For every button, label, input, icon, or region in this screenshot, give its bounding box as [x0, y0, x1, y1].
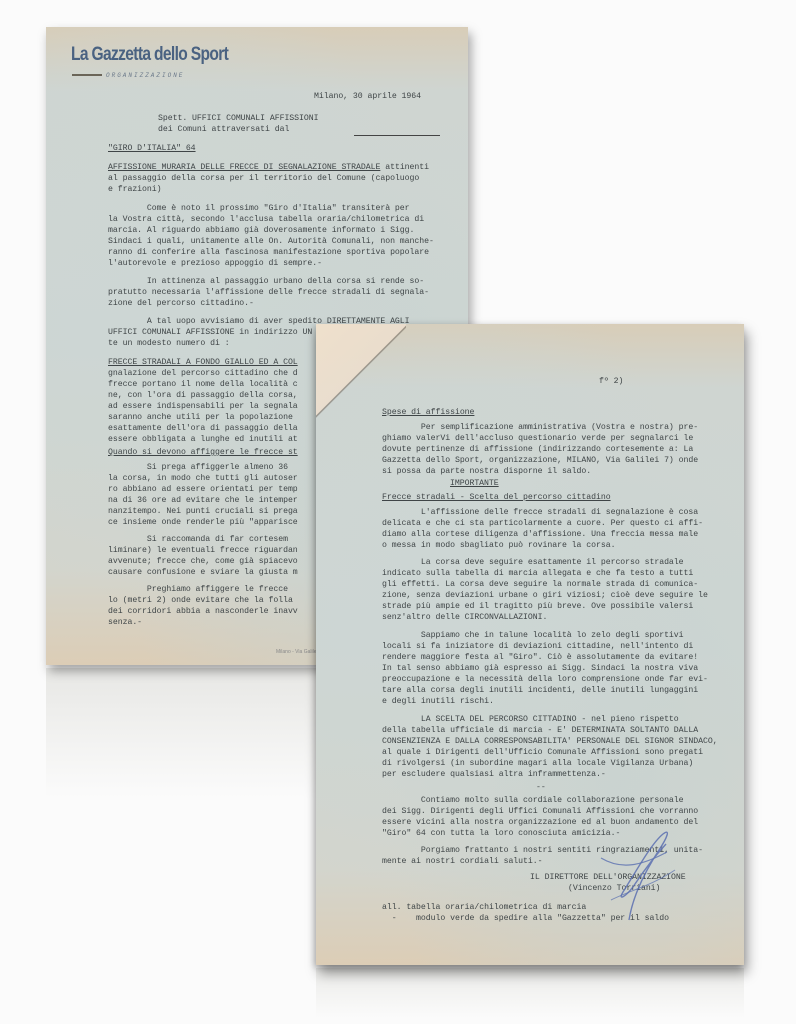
section2-p4-line: per escludere qualsiasi altra inframmett…: [382, 769, 606, 780]
page1-reflection: [46, 668, 316, 798]
para4-line: FRECCE STRADALI A FONDO GIALLO ED A COL: [108, 357, 298, 368]
section2-p4-line: di rivolgersi (in subordine magari alla …: [382, 758, 693, 769]
section-title-frecce: Frecce stradali - Scelta del percorso ci…: [382, 492, 611, 503]
section2-p4-line: LA SCELTA DEL PERCORSO CITTADINO - nel p…: [382, 714, 679, 725]
section2-p3-line: tare alla corsa degli inutili incidenti,…: [382, 685, 698, 696]
closing-line: Porgiamo frattanto i nostri sentiti ring…: [382, 845, 703, 856]
letter-page-2: fº 2) Spese di affissione Per semplifica…: [316, 324, 744, 965]
section2-p1-line: delicata e che ci sta particolarmente a …: [382, 518, 703, 529]
section2-p2-line: senz'altro delle CIRCONVALLAZIONI.: [382, 612, 547, 623]
section2-p2-line: indicato sulla tabella di marcia allegat…: [382, 568, 693, 579]
important-label: IMPORTANTE: [450, 478, 499, 489]
section2-p4-line: al quale i Dirigenti dell'Ufficio Comuna…: [382, 747, 703, 758]
section2-p1-line: diamo alla cortese diligenza d'affission…: [382, 529, 698, 540]
attachment-line: all. tabella oraria/chilometrica di marc…: [382, 902, 586, 913]
para3-line: te un modesto numero di :: [108, 338, 230, 349]
signatory-name: (Vincenzo Torriani): [568, 883, 660, 894]
para1-line: la Vostra città, secondo l'acclusa tabel…: [108, 214, 424, 225]
section2-p3-line: preoccupazione e la necessità della loro…: [382, 674, 708, 685]
para1-line: Sindaci i quali, unitamente alle On. Aut…: [108, 236, 434, 247]
para6-line: Si raccomanda di far cortesem: [108, 534, 288, 545]
section2-p3-line: In tal senso abbiamo già espresso ai Sig…: [382, 663, 698, 674]
folded-corner: [316, 324, 406, 419]
para7-line: senza.-: [108, 617, 142, 628]
signatory-title: IL DIRETTORE DELL'ORGANIZZAZIONE: [530, 872, 686, 883]
para4-line: saranno anche utili per la popolazione: [108, 412, 293, 423]
para5-line: ro abbiano ad essere orientati per temp: [108, 484, 298, 495]
para7-line: lo (metri 2) onde evitare che la folla: [108, 595, 293, 606]
section2-p2-line: La corsa deve seguire esattamente il per…: [382, 557, 684, 568]
para4-line: gnalazione del percorso cittadino che d: [108, 368, 298, 379]
para4-line: essere obbligata a lunghe ed inutili at: [108, 434, 298, 445]
subject-line: "GIRO D'ITALIA" 64: [108, 143, 196, 154]
section2-p2-line: zione, senza deviazioni urbane o giri vi…: [382, 590, 708, 601]
para2-line: zione del percorso cittadino.-: [108, 298, 254, 309]
para4-line: ne, con l'ora di passaggio della corsa,: [108, 390, 298, 401]
recipient-line-2: dei Comuni attraversati dal: [158, 124, 289, 135]
para5-line: Si prega affiggerle almeno 36: [108, 462, 288, 473]
para6-line: causare confusione e sviare la giusta m: [108, 567, 298, 578]
para1-line: Come è noto il prossimo "Giro d'Italia" …: [108, 203, 410, 214]
letterhead-subtitle: ORGANIZZAZIONE: [106, 72, 184, 79]
section2-p3-line: e degli inutili rischi.: [382, 696, 494, 707]
letter-date: Milano, 30 aprile 1964: [314, 91, 421, 102]
heading-line-3: e frazioni): [108, 184, 162, 195]
para7-line: Preghiamo affiggere le frecce: [108, 584, 288, 595]
heading-line-2: al passaggio della corsa per il territor…: [108, 173, 419, 184]
attachment-line: - modulo verde da spedire alla "Gazzetta…: [382, 913, 669, 924]
section2-p4-line: CONSENZIENZA E DALLA CORRESPONSABILITA' …: [382, 736, 718, 747]
section1-line: dovute pertinenze di affissione (indiriz…: [382, 444, 693, 455]
para4-line: esattamente dell'ora di passaggio della: [108, 423, 298, 434]
para7-line: dei corridori abbia a nasconderle inavv: [108, 606, 298, 617]
para1-line: marcia. Al riguardo abbiamo già doverosa…: [108, 225, 414, 236]
section2-p3-line: rendere maggiore festa al "Giro". Ciò è …: [382, 652, 698, 663]
heading-underlined: AFFISSIONE MURARIA DELLE FRECCE DI SEGNA…: [108, 163, 380, 172]
para6-line: avvenute; frecce che, come già spiacevo: [108, 556, 298, 567]
section2-p1-line: o messa in modo sbagliato può rovinare l…: [382, 540, 615, 551]
page-number: fº 2): [599, 376, 623, 387]
para4-line: frecce portano il nome della località c: [108, 379, 298, 390]
section2-p5-line: "Giro" 64 con tutta la loro conosciuta a…: [382, 828, 620, 839]
section2-p1-line: L'affissione delle frecce stradali di se…: [382, 507, 698, 518]
para5-line: nanzitempo. Nei punti cruciali si prega: [108, 506, 298, 517]
para5-line: la corsa, in modo che tutti gli autoser: [108, 473, 298, 484]
para2-line: pratutto necessaria l'affissione delle f…: [108, 287, 429, 298]
section1-line: Per semplificazione amministrativa (Vost…: [382, 422, 698, 433]
section2-p5-line: dei Sigg. Dirigenti degli Uffici Comunal…: [382, 806, 698, 817]
para5-line: na di 36 ore ad evitare che le intemper: [108, 495, 298, 506]
letterhead-logo: La Gazzetta dello Sport: [71, 44, 228, 66]
section2-p5-line: essere vicini alla nostra organizzazione…: [382, 817, 698, 828]
para1-line: l'autorevole e prezioso appoggio di semp…: [108, 258, 322, 269]
para5-line: ce insieme onde renderle più "apparisce: [108, 517, 298, 528]
letterhead-rule: [72, 74, 102, 76]
closing-line: mente ai nostri cordiali saluti.-: [382, 856, 543, 867]
separator: --: [536, 782, 546, 793]
section1-line: ghiamo valerVi dell'accluso questionario…: [382, 433, 693, 444]
printer-footer: Milano - Via Galilei: [276, 649, 318, 655]
section-title-spese: Spese di affissione: [382, 407, 474, 418]
recipient-blank-line: [354, 135, 440, 136]
para1-line: ranno di conferire alla fascinosa manife…: [108, 247, 429, 258]
para5-heading: Quando si devono affiggere le frecce st: [108, 447, 298, 458]
page2-reflection: [316, 968, 744, 1018]
para6-line: liminare) le eventuali frecce riguardan: [108, 545, 298, 556]
section2-p3-line: Sappiamo che in talune località lo zelo …: [382, 630, 684, 641]
section2-p5-line: Contiamo molto sulla cordiale collaboraz…: [382, 795, 684, 806]
section1-line: si possa da parte nostra disporne il sal…: [382, 466, 591, 477]
para4-line: ad essere indispensabili per la segnala: [108, 401, 298, 412]
section2-p2-line: strade più ampie ed il tragitto più brev…: [382, 601, 693, 612]
recipient-line-1: Spett. UFFICI COMUNALI AFFISSIONI: [158, 113, 319, 124]
para2-line: In attinenza al passaggio urbano della c…: [108, 276, 424, 287]
heading-rest: attinenti: [380, 163, 429, 172]
section2-p3-line: locali si fa iniziatore di deviazioni ci…: [382, 641, 693, 652]
heading-line-1: AFFISSIONE MURARIA DELLE FRECCE DI SEGNA…: [108, 162, 429, 173]
section2-p4-line: della tabella ufficiale di marcia - E' D…: [382, 725, 698, 736]
section2-p2-line: gli effetti. La corsa deve seguire la no…: [382, 579, 698, 590]
section1-line: Gazzetta dello Sport, organizzazione, MI…: [382, 455, 698, 466]
